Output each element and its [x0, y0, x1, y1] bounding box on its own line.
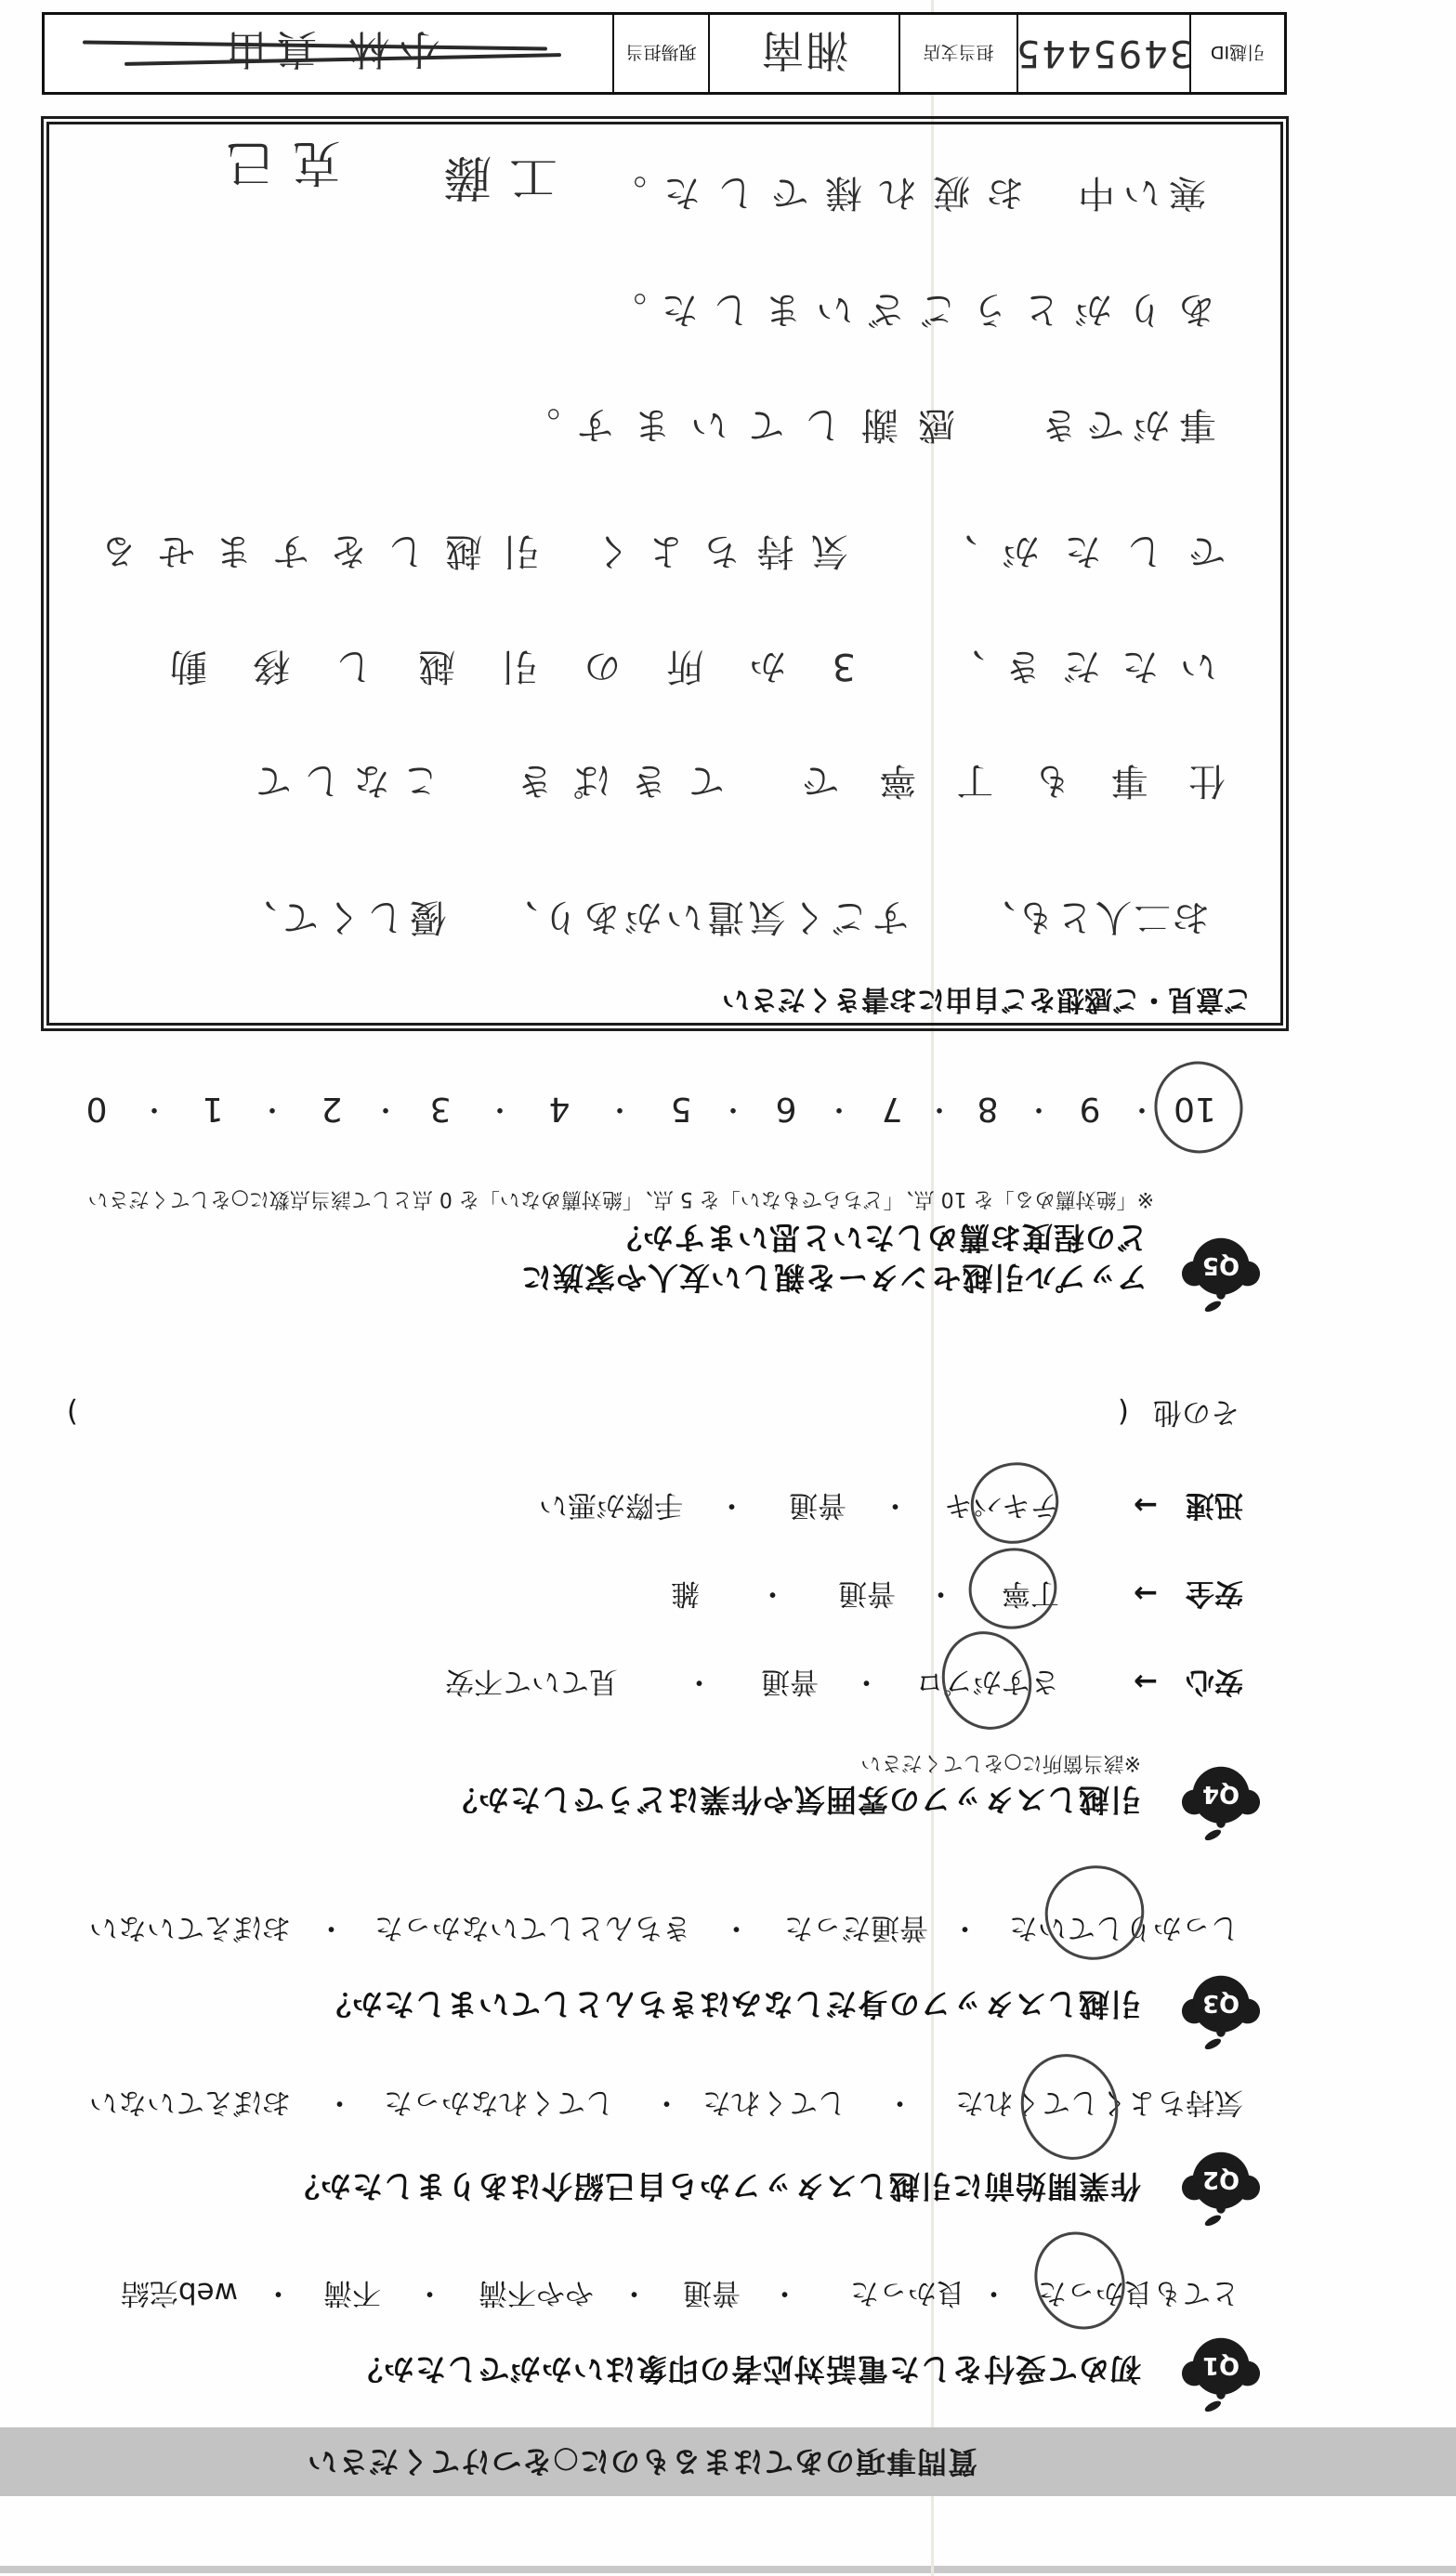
option-separator: ・	[416, 2275, 444, 2310]
option-separator: ・	[318, 1910, 346, 1945]
branch-value: 湘南	[760, 23, 849, 85]
option-separator: ・	[686, 1664, 714, 1699]
badge-label: Q2	[1202, 2165, 1240, 2193]
comment-box-label: ご意見・ご感想をご自由にお書きください	[722, 982, 1252, 1015]
question-q5-text-line1: アップル引越センターを親しい友人や家族に	[520, 1259, 1148, 1296]
question-q4-text: 引越しスタッフの雰囲気や作業はどうでしたか？	[446, 1781, 1141, 1818]
apple-badge-q4-icon: Q4	[1176, 1762, 1266, 1842]
q3-option-average: 普通だった	[784, 1910, 928, 1945]
score-separator: ・	[140, 1088, 168, 1129]
q4-speed-option-brisk: テキパキ	[944, 1487, 1059, 1523]
score-4: 4	[527, 1088, 592, 1129]
score-2: 2	[299, 1088, 364, 1129]
option-separator: ・	[653, 2085, 681, 2120]
score-separator: ・	[258, 1088, 286, 1129]
q1-option-average: 普通	[683, 2275, 741, 2310]
handwritten-comment-segment: いただき、	[948, 638, 1217, 694]
q2-option-gladly: 気持ちよくしてくれた	[955, 2085, 1243, 2120]
handwritten-comment-segment: 寒い中	[1078, 164, 1206, 220]
option-separator: ・	[718, 1487, 746, 1523]
option-separator: ・	[265, 2275, 293, 2310]
badge-label: Q3	[1202, 1989, 1240, 2017]
q3-option-dont-remember: おぼえていない	[89, 1910, 291, 1945]
handwritten-comment-segment: でしたが、	[940, 523, 1226, 579]
q1-option-very-good: とても良かった	[1038, 2275, 1240, 2310]
q4-peace-option-professional: さすがプロ	[915, 1664, 1059, 1699]
score-0: 0	[64, 1088, 129, 1129]
q2-option-dont-remember: おぼえていない	[89, 2085, 291, 2120]
score-separator: ・	[925, 1088, 953, 1129]
score-7: 7	[859, 1088, 925, 1129]
handwritten-signature-given-name: 克己	[226, 129, 341, 194]
arrow-right-icon: →	[1134, 1487, 1158, 1523]
apple-badge-q1-icon: Q1	[1176, 2334, 1266, 2413]
handwritten-comment-segment: すごく気遣いがあり、	[501, 889, 910, 945]
score-separator: ・	[372, 1088, 400, 1129]
score-separator: ・	[719, 1088, 747, 1129]
q4-safety-option-rough: 雑	[671, 1576, 700, 1611]
arrow-right-icon: →	[1134, 1664, 1158, 1699]
score-3: 3	[408, 1088, 473, 1129]
score-6: 6	[754, 1088, 819, 1129]
badge-label: Q1	[1202, 2351, 1240, 2379]
q1-option-web-complete: web完結	[121, 2275, 238, 2310]
handwritten-comment-segment: 優しくて、	[240, 889, 447, 945]
q4-safety-option-average: 普通	[838, 1576, 896, 1611]
question-q2-text: 作業開始前に引越しスタッフから自己紹介はありましたか？	[288, 2167, 1141, 2204]
score-separator: ・	[1025, 1088, 1053, 1129]
handwritten-comment-segment: ありがとうございました。	[610, 281, 1215, 337]
q2-option-yes: してくれた	[702, 2085, 846, 2120]
instruction-banner-text: 質問事項のあてはまるものに○をつけてください	[307, 2427, 977, 2496]
branch-label: 担当支店	[924, 41, 994, 66]
option-separator: ・	[951, 1910, 979, 1945]
handwritten-comment-segment: 気持ちよく	[594, 523, 848, 579]
q4-other-label: その他	[1153, 1394, 1240, 1430]
q4-other-close-paren: )	[67, 1394, 78, 1430]
option-separator: ・	[853, 1664, 881, 1699]
handwritten-comment-segment: こなして	[255, 752, 439, 808]
apple-badge-q5-icon: Q5	[1176, 1234, 1266, 1314]
scan-edge-shadow	[0, 2566, 1456, 2573]
q3-option-neat: しっかりしていた	[1009, 1910, 1240, 1945]
score-separator: ・	[825, 1088, 853, 1129]
q4-other-open-paren: (	[1118, 1394, 1129, 1430]
score-10: 10	[1162, 1088, 1227, 1129]
option-separator: ・	[882, 1487, 910, 1523]
q4-row-label-peace-of-mind: 安心	[1186, 1664, 1243, 1699]
arrow-right-icon: →	[1134, 1576, 1158, 1611]
q4-peace-option-average: 普通	[761, 1664, 819, 1699]
staff-label-cell: 現場担当	[612, 15, 708, 92]
score-8: 8	[955, 1088, 1020, 1129]
handwritten-comment-segment: お疲れ様でした。	[610, 164, 1024, 220]
q4-peace-option-worrying: 見ていて不安	[445, 1664, 618, 1699]
move-id-label: 引越ID	[1211, 41, 1265, 66]
question-q5-text-line2: どの程度お薦めしたいと思いますか？	[610, 1219, 1148, 1256]
badge-label: Q5	[1202, 1251, 1240, 1279]
staff-value: 小林 真由	[217, 24, 440, 84]
q4-row-label-safety: 安全	[1186, 1576, 1243, 1611]
option-separator: ・	[723, 1910, 751, 1945]
option-separator: ・	[621, 2275, 649, 2310]
apple-badge-q3-icon: Q3	[1176, 1971, 1266, 2051]
q4-speed-option-average: 普通	[789, 1487, 846, 1523]
q1-option-dissatisfied: 不満	[323, 2275, 381, 2310]
handwritten-comment-segment: 感謝しています。	[523, 397, 955, 452]
option-separator: ・	[759, 1576, 787, 1611]
option-separator: ・	[980, 2275, 1008, 2310]
staff-label: 現場担当	[626, 41, 697, 66]
option-separator: ・	[886, 2085, 914, 2120]
assignment-info-table: 引越ID 3495445 担当支店 湘南 現場担当 小林 真由	[42, 12, 1287, 95]
score-5: 5	[649, 1088, 714, 1129]
move-id-value: 3495445	[1015, 33, 1193, 75]
q1-option-somewhat-dissatisfied: やや不満	[479, 2275, 594, 2310]
move-id-value-cell: 3495445	[1017, 15, 1189, 92]
handwritten-comment-segment: 3か所の引越し移動	[170, 638, 856, 694]
q4-safety-option-careful: 丁寧	[1002, 1576, 1059, 1611]
apple-badge-q2-icon: Q2	[1176, 2148, 1266, 2228]
q4-speed-option-clumsy: 手際が悪い	[539, 1487, 683, 1523]
q1-option-good: 良かった	[850, 2275, 965, 2310]
score-9: 9	[1057, 1088, 1122, 1129]
survey-form-scan-rotated: 質問事項のあてはまるものに○をつけてください Q1 初めて受付をした電話対応者の…	[0, 0, 1456, 2576]
move-id-label-cell: 引越ID	[1189, 15, 1284, 92]
question-q5-note: ※「絶対薦める」を 10 点、「どちらでもない」を 5 点、「絶対薦めない」を …	[88, 1185, 1154, 1211]
branch-value-cell: 湘南	[708, 15, 899, 92]
handwritten-comment-segment: 引越しをすませる	[100, 523, 540, 579]
score-separator: ・	[486, 1088, 514, 1129]
branch-label-cell: 担当支店	[899, 15, 1017, 92]
score-1: 1	[180, 1088, 245, 1129]
option-separator: ・	[927, 1576, 955, 1611]
q3-option-not-neat: きちんとしていなかった	[374, 1910, 691, 1945]
q2-option-no: してくれなかった	[384, 2085, 614, 2120]
badge-label: Q4	[1202, 1780, 1240, 1808]
handwritten-signature-surname: 工藤	[443, 144, 557, 209]
handwritten-comment-segment: 仕事も丁寧で	[802, 752, 1226, 808]
score-separator: ・	[1128, 1088, 1156, 1129]
staff-value-cell: 小林 真由	[45, 15, 612, 92]
handwritten-comment-segment: お二人とも、	[978, 889, 1210, 945]
option-separator: ・	[326, 2085, 354, 2120]
handwritten-comment-segment: 事ができ	[1041, 397, 1216, 452]
handwritten-comment-segment: てきぱき	[517, 752, 725, 808]
option-separator: ・	[771, 2275, 799, 2310]
question-q1-text: 初めて受付をした電話対応者の印象はいかがでしたか？	[351, 2350, 1141, 2387]
question-q4-note: ※該当箇所に○をしてください	[860, 1749, 1141, 1775]
score-separator: ・	[606, 1088, 634, 1129]
question-q3-text: 引越しスタッフの身だしなみはきちんとしていましたか？	[320, 1985, 1141, 2022]
q4-row-label-speed: 迅速	[1186, 1487, 1243, 1523]
